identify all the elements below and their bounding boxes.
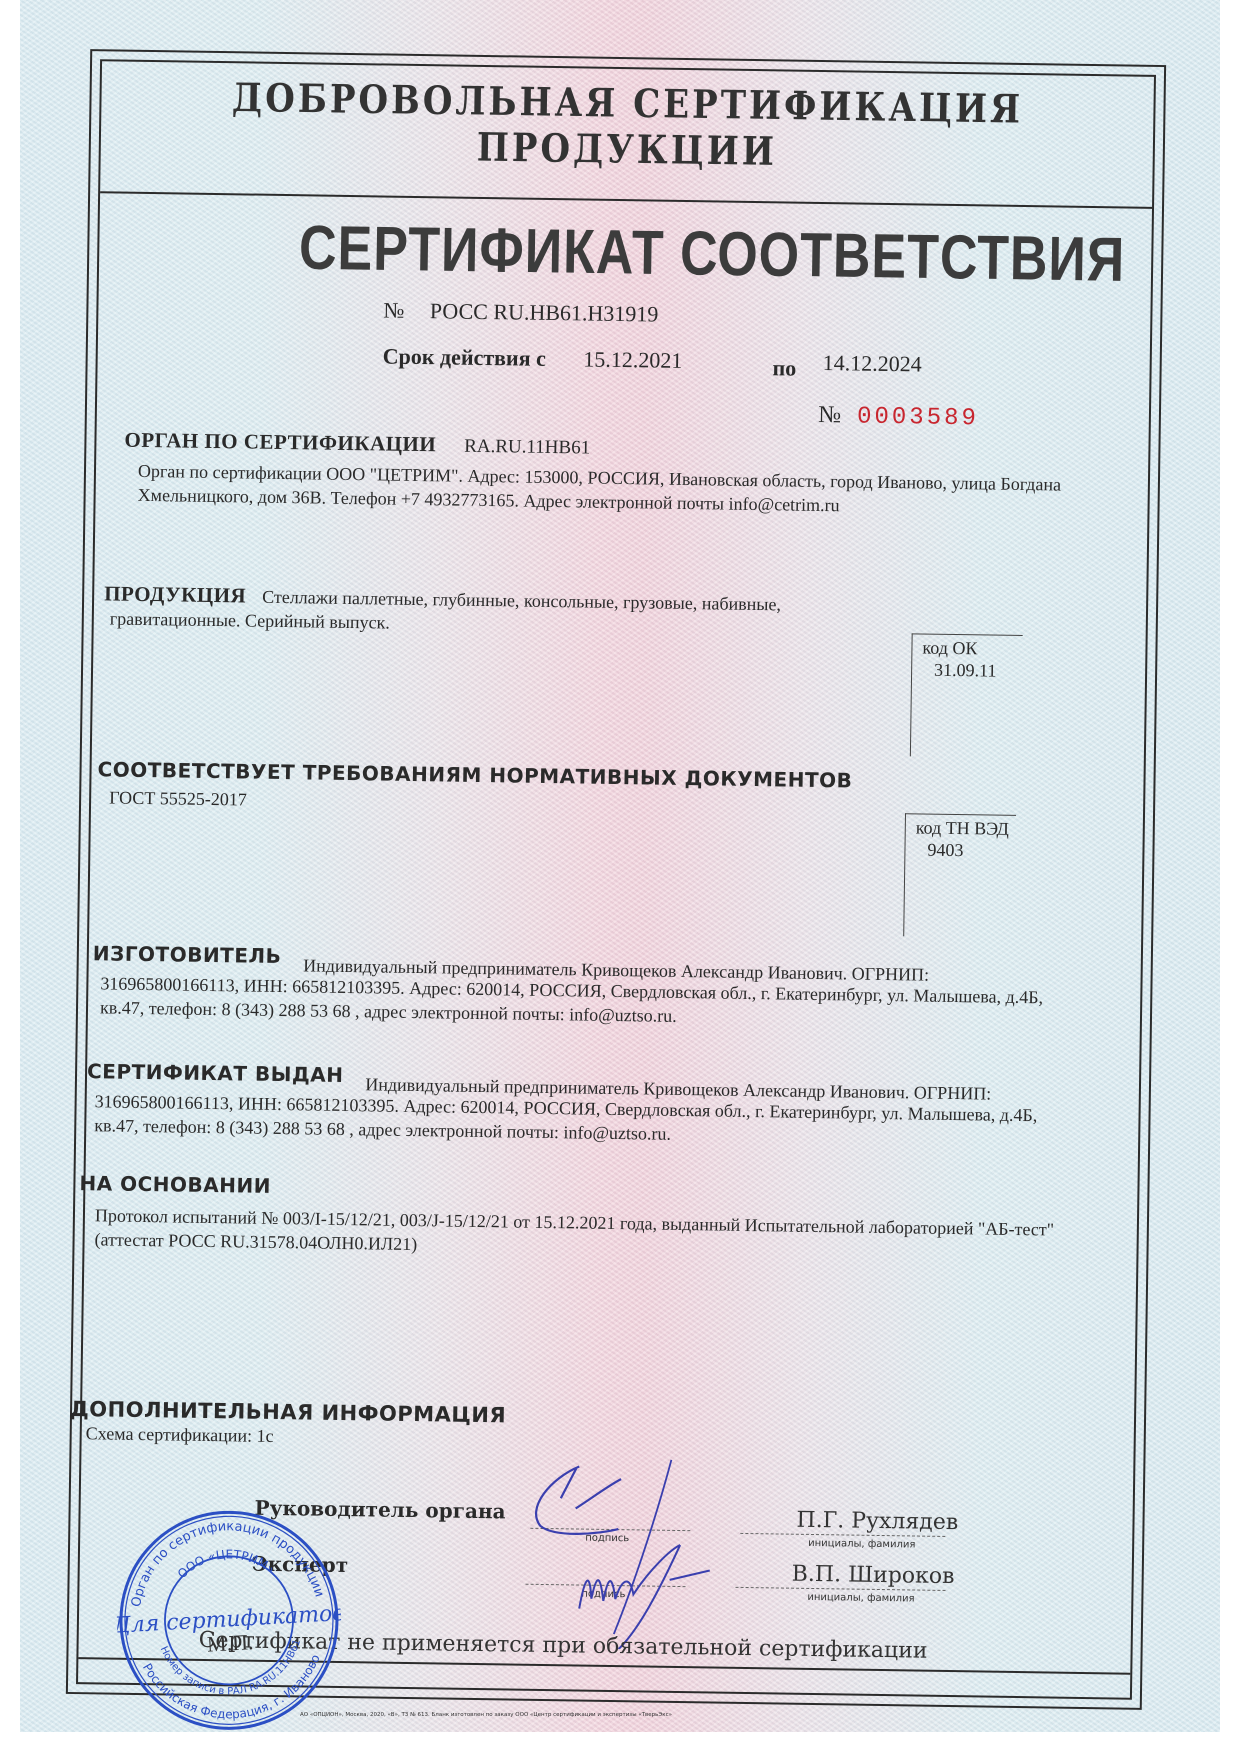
certification-body-code: RA.RU.11НВ61 <box>464 436 590 459</box>
ok-code-box: код ОК 31.09.11 <box>910 633 1023 758</box>
certificate-number: РОСС RU.НВ61.Н31919 <box>430 298 659 326</box>
page-title: СЕРТИФИКАТ СООТВЕТСТВИЯ <box>298 212 1125 296</box>
certification-body-text: Орган по сертификации ООО "ЦЕТРИМ". Адре… <box>123 459 1084 521</box>
validity-row: Срок действия с 15.12.2021 по 14.12.2024 <box>383 343 683 373</box>
expert-name-caption: инициалы, фамилия <box>807 1592 914 1605</box>
voluntary-certification-title: ДОБРОВОЛЬНАЯ СЕРТИФИКАЦИЯ ПРОДУКЦИИ <box>101 73 1154 181</box>
svg-text:ООО «ЦЕТРИМ»: ООО «ЦЕТРИМ» <box>174 1544 278 1581</box>
certificate-frame: ДОБРОВОЛЬНАЯ СЕРТИФИКАЦИЯ ПРОДУКЦИИ СЕРТ… <box>66 49 1166 1710</box>
head-name-caption: инициалы, фамилия <box>808 1538 915 1551</box>
ok-code-label: код ОК <box>922 637 1022 660</box>
additional-info-heading: ДОПОЛНИТЕЛЬНАЯ ИНФОРМАЦИЯ <box>70 1397 506 1427</box>
issued-to-heading: СЕРТИФИКАТ ВЫДАН <box>87 1059 344 1087</box>
conformity-section: СООТВЕТСТВУЕТ ТРЕБОВАНИЯМ НОРМАТИВНЫХ ДО… <box>97 757 853 820</box>
issued-to-section: СЕРТИФИКАТ ВЫДАН Индивидуальный предприн… <box>86 1059 1067 1152</box>
product-heading: ПРОДУКЦИЯ <box>104 581 246 607</box>
ok-code-value: 31.09.11 <box>922 659 1022 682</box>
certificate-inner-frame: ДОБРОВОЛЬНАЯ СЕРТИФИКАЦИЯ ПРОДУКЦИИ СЕРТ… <box>76 59 1156 1699</box>
additional-info-section: ДОПОЛНИТЕЛЬНАЯ ИНФОРМАЦИЯ Схема сертифик… <box>70 1397 507 1450</box>
number-sign: № <box>383 297 404 322</box>
svg-text:М.П.: М.П. <box>206 1629 254 1657</box>
certification-body-section: ОРГАН ПО СЕРТИФИКАЦИИ RA.RU.11НВ61 Орган… <box>123 428 1084 521</box>
manufacturer-section: ИЗГОТОВИТЕЛЬ Индивидуальный предпринимат… <box>92 941 1053 1033</box>
svg-text:Орган по сертификации продукци: Орган по сертификации продукции <box>125 1514 327 1609</box>
product-section: ПРОДУКЦИЯ Стеллажи паллетные, глубинные,… <box>104 581 885 642</box>
valid-to: 14.12.2024 <box>822 350 921 377</box>
valid-to-label: по <box>772 355 796 381</box>
blank-number-sign: № <box>818 402 841 428</box>
header-band: ДОБРОВОЛЬНАЯ СЕРТИФИКАЦИЯ ПРОДУКЦИИ <box>100 61 1154 209</box>
blank-number: 0003589 <box>857 404 979 433</box>
validity-label: Срок действия с <box>383 343 547 370</box>
expert-name: В.П. Широков <box>792 1562 955 1589</box>
valid-from: 15.12.2021 <box>583 346 682 372</box>
printer-info: АО «ОПЦИОН», Москва, 2020, «В», ТЗ № 613… <box>300 1712 672 1718</box>
basis-heading: НА ОСНОВАНИИ <box>79 1171 1079 1210</box>
tnved-code-box: код ТН ВЭД 9403 <box>903 813 1016 938</box>
certification-body-heading: ОРГАН ПО СЕРТИФИКАЦИИ <box>124 428 436 457</box>
basis-text: Протокол испытаний № 003/I-15/12/21, 003… <box>78 1203 1079 1266</box>
basis-section: НА ОСНОВАНИИ Протокол испытаний № 003/I-… <box>78 1171 1079 1266</box>
certification-scheme: Схема сертификации: 1с <box>70 1423 506 1450</box>
manufacturer-heading: ИЗГОТОВИТЕЛЬ <box>93 941 282 968</box>
seal-stamp-icon: Орган по сертификации продукции ООО «ЦЕТ… <box>111 1502 347 1738</box>
certificate-number-row: № РОСС RU.НВ61.Н31919 <box>383 297 658 327</box>
blank-number-row: № 0003589 <box>818 402 979 432</box>
tnved-code-value: 9403 <box>915 838 1015 861</box>
tnved-code-label: код ТН ВЭД <box>916 816 1016 839</box>
head-name: П.Г. Рухлядев <box>796 1508 958 1535</box>
